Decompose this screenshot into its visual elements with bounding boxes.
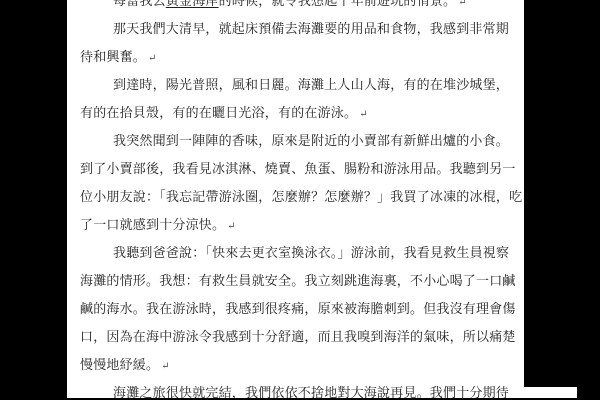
text-segment: 每當我去 <box>113 0 166 8</box>
text-segment: 待和興奮。 <box>80 49 146 64</box>
document-page: 每當我去黃金海岸的時候，就令我想起十年前遊玩的情景。↵那天我們大清早，就起床預備… <box>67 0 524 398</box>
text-line: 我聽到爸爸說：「快來去更衣室換泳衣。」游泳前，我看見救生員視察 <box>80 239 524 267</box>
paragraph-mark: ↵ <box>161 361 170 372</box>
text-segment: 慢慢地紓緩。 <box>80 357 159 372</box>
text-segment: 了一口就感到十分涼快。 <box>80 217 225 232</box>
text-line: 每當我去黃金海岸的時候，就令我想起十年前遊玩的情景。↵ <box>80 0 524 15</box>
text-line: 到了小賣部後，我看見冰淇淋、燒賣、魚蛋、腸粉和游泳用品。我聽到另一 <box>80 155 524 183</box>
text-line: 位小朋友說：「我忘記帶游泳圈，怎麼辦？怎麼辦？」我買了冰凍的冰棍，吃 <box>80 183 524 211</box>
text-line: 海灘之旅很快就完結，我們依依不捨地對大海說再見。我們十分期待 <box>80 379 524 398</box>
text-line: 海灘的情形。我想：有救生員就安全。我立刻跳進海裏，不小心喝了一口鹹 <box>80 267 524 295</box>
paragraph-mark: ↵ <box>148 53 157 64</box>
text-segment: 位小朋友說：「我忘記帶游泳圈，怎麼辦？怎麼辦？」我買了冰凍的冰棍，吃 <box>80 189 522 204</box>
document-text: 每當我去黃金海岸的時候，就令我想起十年前遊玩的情景。↵那天我們大清早，就起床預備… <box>80 0 524 398</box>
underlined-phrase: 黃金海岸 <box>166 0 219 8</box>
text-segment: 那天我們大清早，就起床預備去海灘要的用品和食物，我感到非常期 <box>113 21 509 36</box>
paragraph-mark: ↵ <box>227 221 236 232</box>
text-line: 待和興奮。↵ <box>80 43 524 71</box>
text-line: 口，因為在海中游泳令我感到十分舒適，而且我嗅到海洋的氣味，所以痛楚 <box>80 323 524 351</box>
screen-background: 每當我去黃金海岸的時候，就令我想起十年前遊玩的情景。↵那天我們大清早，就起床預備… <box>0 0 600 400</box>
text-segment: 海灘的情形。我想：有救生員就安全。我立刻跳進海裏，不小心喝了一口鹹 <box>80 273 516 288</box>
text-segment: 鹹的海水。我在游泳時，我感到很疼痛，原來被海膽刺到。但我沒有理會傷 <box>80 301 516 316</box>
text-line: 了一口就感到十分涼快。↵ <box>80 211 524 239</box>
text-segment: 我聽到爸爸說：「快來去更衣室換泳衣。」游泳前，我看見救生員視察 <box>113 245 509 260</box>
text-segment: 到了小賣部後，我看見冰淇淋、燒賣、魚蛋、腸粉和游泳用品。我聽到另一 <box>80 161 516 176</box>
text-segment: 我突然聞到一陣陣的香味，原來是附近的小賣部有新鮮出爐的小食。 <box>113 133 509 148</box>
text-line: 慢慢地紓緩。↵ <box>80 351 524 379</box>
text-segment: 口，因為在海中游泳令我感到十分舒適，而且我嗅到海洋的氣味，所以痛楚 <box>80 329 516 344</box>
text-line: 到達時，陽光普照，風和日麗。海灘上人山人海，有的在堆沙城堡， <box>80 71 524 99</box>
paragraph-mark: ↵ <box>359 109 368 120</box>
text-segment: 有的在拾貝殼，有的在曬日光浴，有的在游泳。 <box>80 105 357 120</box>
text-line: 那天我們大清早，就起床預備去海灘要的用品和食物，我感到非常期 <box>80 15 524 43</box>
paragraph-mark: ↵ <box>458 0 467 8</box>
text-line: 鹹的海水。我在游泳時，我感到很疼痛，原來被海膽刺到。但我沒有理會傷 <box>80 295 524 323</box>
text-segment: 到達時，陽光普照，風和日麗。海灘上人山人海，有的在堆沙城堡， <box>113 77 509 92</box>
text-segment: 海灘之旅很快就完結，我們依依不捨地對大海說再見。我們十分期待 <box>113 385 509 398</box>
text-line: 我突然聞到一陣陣的香味，原來是附近的小賣部有新鮮出爐的小食。 <box>80 127 524 155</box>
text-line: 有的在拾貝殼，有的在曬日光浴，有的在游泳。↵ <box>80 99 524 127</box>
page-edge-sliver <box>524 387 577 398</box>
text-segment: 的時候，就令我想起十年前遊玩的情景。 <box>219 0 457 8</box>
